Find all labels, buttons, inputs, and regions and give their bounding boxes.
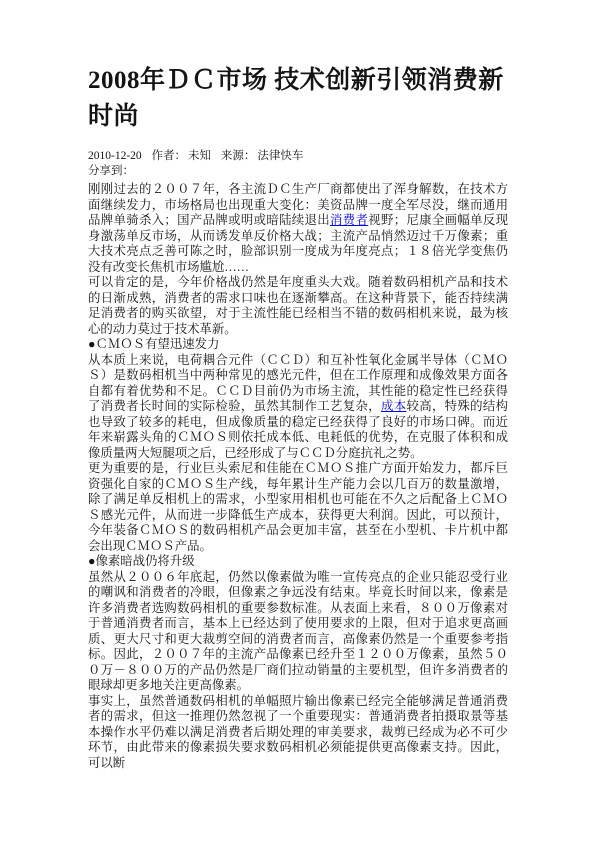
paragraph: 更为重要的是，行业巨头索尼和佳能在ＣＭＯＳ推广方面开始发力，都斥巨资强化自家的Ｃ… <box>88 461 508 554</box>
text-run: 虽然从２００６年底起，仍然以像素做为唯一宣传亮点的企业只能忍受行业的嘲讽和消费者… <box>88 570 508 693</box>
source-field: 来源：法律快车 <box>221 150 304 162</box>
article-meta: 2010-12-20 作者：未知 来源：法律快车 <box>88 149 508 164</box>
author-field: 作者：未知 <box>152 150 212 162</box>
article-date: 2010-12-20 <box>88 150 142 162</box>
article-body: 刚刚过去的２００７年，各主流ＤＣ生产厂商都使出了浑身解数，在技术方面继续发力，市… <box>88 182 508 771</box>
section-heading: ●像素暗战仍将升级 <box>88 554 508 570</box>
paragraph: 刚刚过去的２００７年，各主流ＤＣ生产厂商都使出了浑身解数，在技术方面继续发力，市… <box>88 182 508 275</box>
text-run: 更为重要的是，行业巨头索尼和佳能在ＣＭＯＳ推广方面开始发力，都斥巨资强化自家的Ｃ… <box>88 461 508 553</box>
section-heading: ●ＣＭＯＳ有望迅速发力 <box>88 337 508 353</box>
paragraph: 虽然从２００６年底起，仍然以像素做为唯一宣传亮点的企业只能忍受行业的嘲讽和消费者… <box>88 570 508 694</box>
inline-link[interactable]: 成本 <box>381 399 406 413</box>
source-label: 来源： <box>221 150 256 162</box>
text-run: ●ＣＭＯＳ有望迅速发力 <box>88 337 219 351</box>
author-value: 未知 <box>188 150 211 162</box>
text-run: 可以肯定的是，今年价格战仍然是年度重头大戏。随着数码相机产品和技术的日渐成熟，消… <box>88 275 508 336</box>
text-run: ●像素暗战仍将升级 <box>88 554 195 568</box>
paragraph: 可以肯定的是，今年价格战仍然是年度重头大戏。随着数码相机产品和技术的日渐成熟，消… <box>88 275 508 337</box>
document-page: 2008年ＤＣ市场 技术创新引领消费新时尚 2010-12-20 作者：未知 来… <box>0 0 595 842</box>
article-title: 2008年ＤＣ市场 技术创新引领消费新时尚 <box>88 63 508 135</box>
inline-link[interactable]: 消费者 <box>330 213 368 227</box>
text-run: 事实上，虽然普通数码相机的单幅照片输出像素已经完全能够满足普通消费者的需求，但这… <box>88 694 508 770</box>
paragraph: 从本质上来说，电荷耦合元件（ＣＣＤ）和互补性氧化金属半导体（ＣＭＯＳ）是数码相机… <box>88 353 508 462</box>
source-value: 法律快车 <box>257 150 303 162</box>
paragraph: 事实上，虽然普通数码相机的单幅照片输出像素已经完全能够满足普通消费者的需求，但这… <box>88 694 508 772</box>
share-label: 分享到： <box>88 164 508 179</box>
author-label: 作者： <box>152 150 187 162</box>
